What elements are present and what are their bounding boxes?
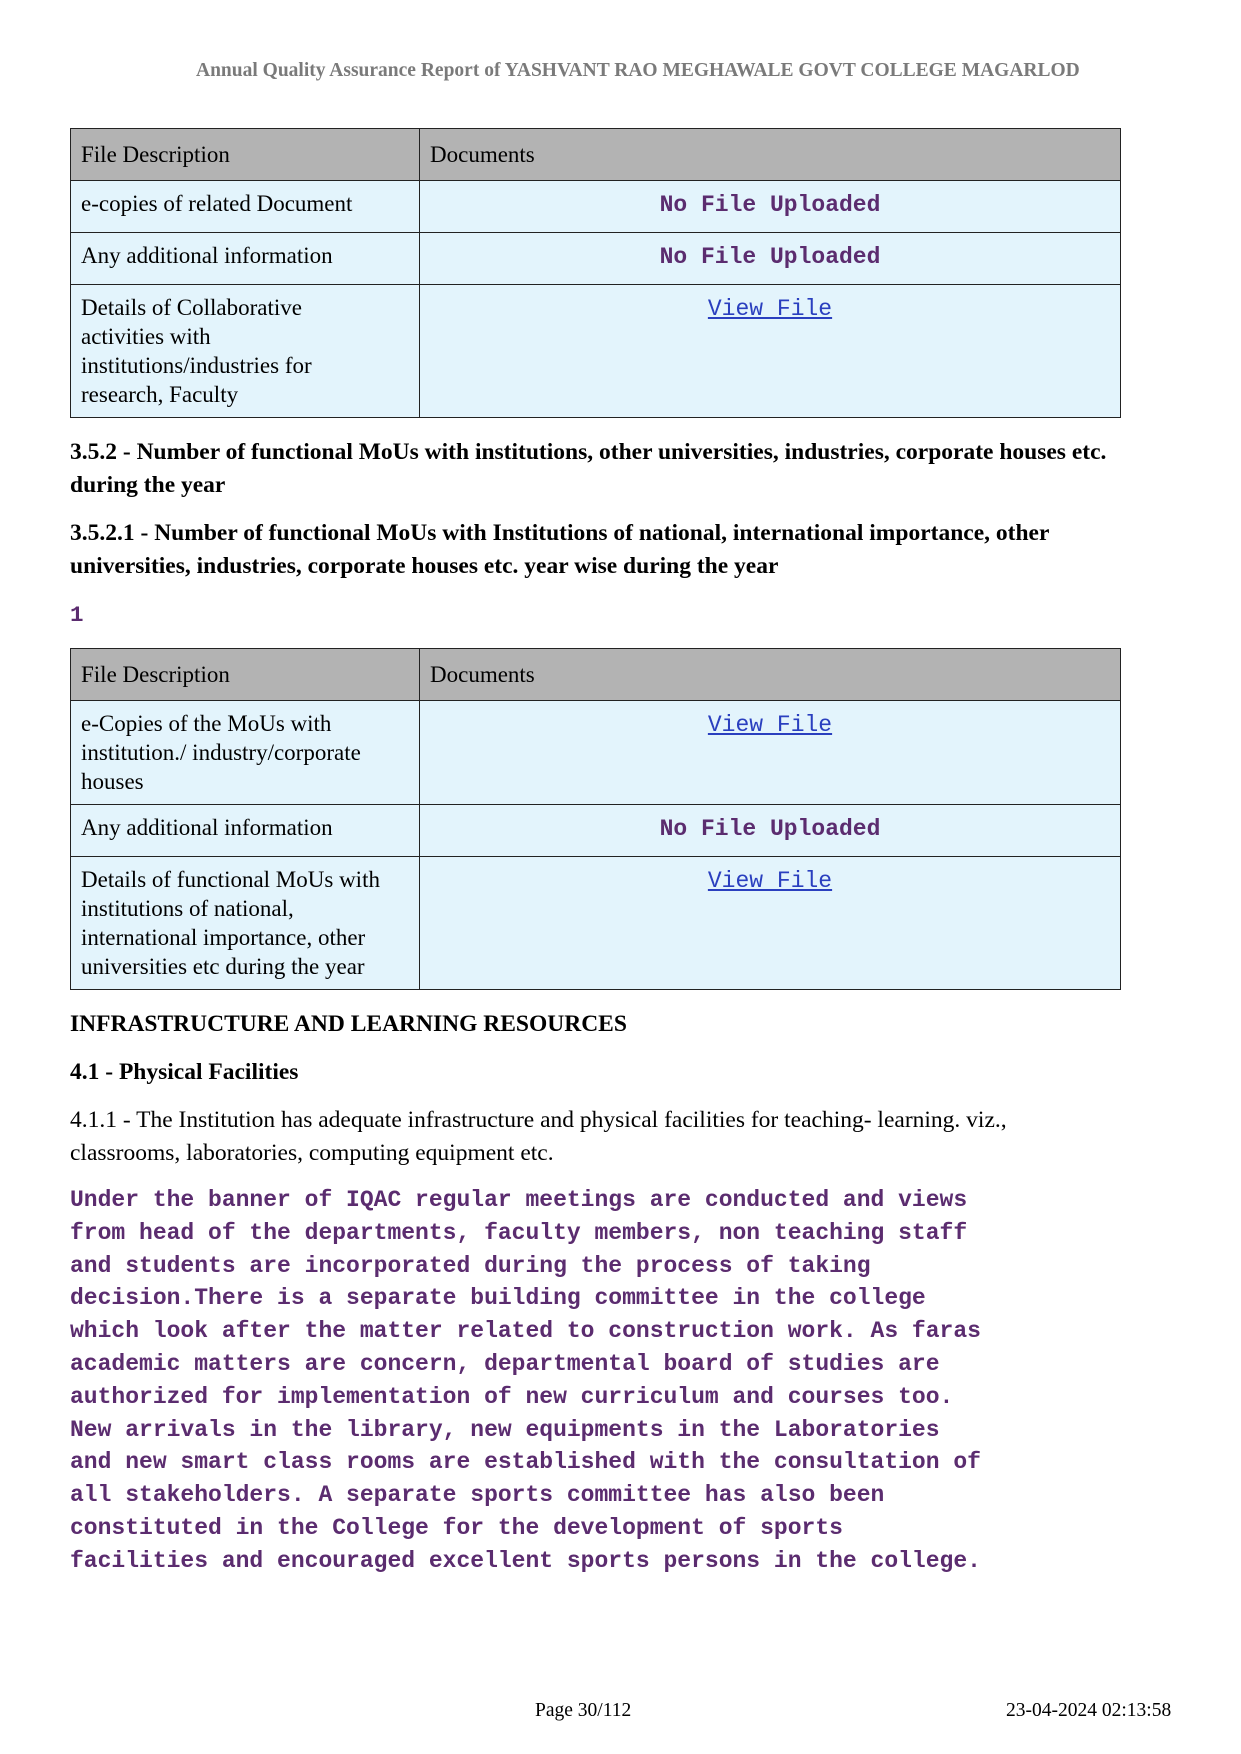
table-header-row: File Description Documents	[71, 649, 1121, 701]
column-header-documents: Documents	[420, 129, 1121, 181]
file-table-collaborative: File Description Documents e-copies of r…	[70, 128, 1121, 418]
document-cell: No File Uploaded	[420, 181, 1121, 233]
table-row: Details of functional MoUs with institut…	[71, 857, 1121, 990]
mou-count-value: 1	[70, 599, 1120, 632]
no-file-uploaded-status: No File Uploaded	[660, 192, 881, 218]
column-header-documents: Documents	[420, 649, 1121, 701]
report-running-header: Annual Quality Assurance Report of YASHV…	[196, 60, 1156, 82]
file-description-cell: e-Copies of the MoUs with institution./ …	[71, 701, 420, 805]
section-heading-3-5-2: 3.5.2 - Number of functional MoUs with i…	[70, 436, 1120, 502]
no-file-uploaded-status: No File Uploaded	[660, 816, 881, 842]
criterion-title: INFRASTRUCTURE AND LEARNING RESOURCES	[70, 1008, 1120, 1041]
table-row: Any additional information No File Uploa…	[71, 805, 1121, 857]
document-cell: View File	[420, 285, 1121, 418]
file-description-cell: e-copies of related Document	[71, 181, 420, 233]
table-row: e-copies of related Document No File Upl…	[71, 181, 1121, 233]
question-4-1-1: 4.1.1 - The Institution has adequate inf…	[70, 1104, 1080, 1170]
document-cell: No File Uploaded	[420, 233, 1121, 285]
page-number: Page 30/112	[535, 1700, 631, 1722]
sub-heading-3-5-2-1: 3.5.2.1 - Number of functional MoUs with…	[70, 517, 1120, 583]
table-row: Any additional information No File Uploa…	[71, 233, 1121, 285]
file-table-mous: File Description Documents e-Copies of t…	[70, 648, 1121, 990]
file-description-cell: Details of Collaborative activities with…	[71, 285, 420, 418]
no-file-uploaded-status: No File Uploaded	[660, 244, 881, 270]
file-description-cell: Any additional information	[71, 805, 420, 857]
document-cell: View File	[420, 857, 1121, 990]
view-file-link[interactable]: View File	[708, 296, 832, 322]
table-row: e-Copies of the MoUs with institution./ …	[71, 701, 1121, 805]
answer-text-4-1-1: Under the banner of IQAC regular meeting…	[70, 1184, 1120, 1578]
column-header-file-description: File Description	[71, 129, 420, 181]
table-header-row: File Description Documents	[71, 129, 1121, 181]
column-header-file-description: File Description	[71, 649, 420, 701]
view-file-link[interactable]: View File	[708, 712, 832, 738]
document-cell: View File	[420, 701, 1121, 805]
page-content: File Description Documents e-copies of r…	[70, 128, 1120, 1578]
file-description-cell: Any additional information	[71, 233, 420, 285]
document-cell: No File Uploaded	[420, 805, 1121, 857]
table-row: Details of Collaborative activities with…	[71, 285, 1121, 418]
generated-timestamp: 23-04-2024 02:13:58	[1006, 1700, 1171, 1722]
file-description-cell: Details of functional MoUs with institut…	[71, 857, 420, 990]
view-file-link[interactable]: View File	[708, 868, 832, 894]
section-heading-4-1: 4.1 - Physical Facilities	[70, 1056, 1120, 1089]
